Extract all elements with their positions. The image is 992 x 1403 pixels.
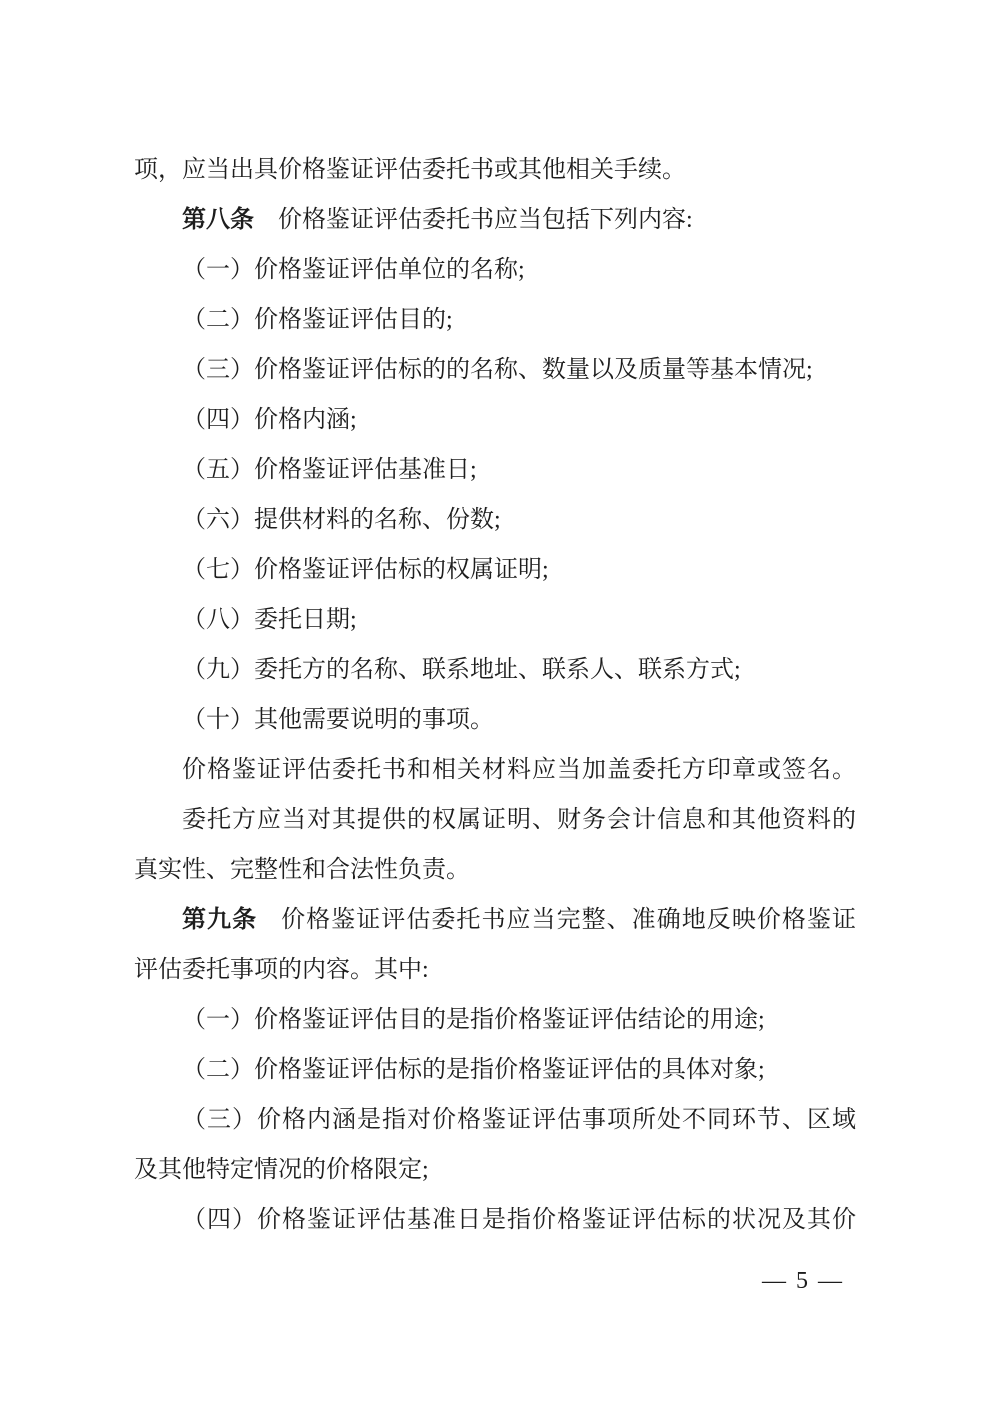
text-line: 项，应当出具价格鉴证评估委托书或其他相关手续。 xyxy=(134,145,856,195)
text-line: 第八条价格鉴证评估委托书应当包括下列内容: xyxy=(134,195,856,245)
text-line: （五）价格鉴证评估基准日; xyxy=(134,445,856,495)
text-line: 及其他特定情况的价格限定; xyxy=(134,1145,856,1195)
text-line: （九）委托方的名称、联系地址、联系人、联系方式; xyxy=(134,645,856,695)
document-page: 项，应当出具价格鉴证评估委托书或其他相关手续。第八条价格鉴证评估委托书应当包括下… xyxy=(0,0,992,1403)
text-line: （三）价格鉴证评估标的的名称、数量以及质量等基本情况; xyxy=(134,345,856,395)
text-line: （七）价格鉴证评估标的权属证明; xyxy=(134,545,856,595)
text-line: 委托方应当对其提供的权属证明、财务会计信息和其他资料的 xyxy=(134,795,856,845)
text-line: （二）价格鉴证评估目的; xyxy=(134,295,856,345)
text-line: （八）委托日期; xyxy=(134,595,856,645)
text-line: （十）其他需要说明的事项。 xyxy=(134,695,856,745)
text-line: 第九条价格鉴证评估委托书应当完整、准确地反映价格鉴证 xyxy=(134,895,856,945)
text-line: 价格鉴证评估委托书和相关材料应当加盖委托方印章或签名。 xyxy=(134,745,856,795)
text-line: （一）价格鉴证评估目的是指价格鉴证评估结论的用途; xyxy=(134,995,856,1045)
text-line: （一）价格鉴证评估单位的名称; xyxy=(134,245,856,295)
text-line: （二）价格鉴证评估标的是指价格鉴证评估的具体对象; xyxy=(134,1045,856,1095)
page-number: — 5 — xyxy=(134,1256,844,1306)
article-heading: 第九条 xyxy=(182,907,257,933)
text-line: （四）价格鉴证评估基准日是指价格鉴证评估标的状况及其价 xyxy=(134,1195,856,1245)
text-line: 评估委托事项的内容。其中: xyxy=(134,945,856,995)
text-line: （四）价格内涵; xyxy=(134,395,856,445)
text-line: 真实性、完整性和合法性负责。 xyxy=(134,845,856,895)
document-content: 项，应当出具价格鉴证评估委托书或其他相关手续。第八条价格鉴证评估委托书应当包括下… xyxy=(134,145,856,1245)
text-line: （六）提供材料的名称、份数; xyxy=(134,495,856,545)
text-line: （三）价格内涵是指对价格鉴证评估事项所处不同环节、区域 xyxy=(134,1095,856,1145)
article-heading: 第八条 xyxy=(182,207,254,233)
